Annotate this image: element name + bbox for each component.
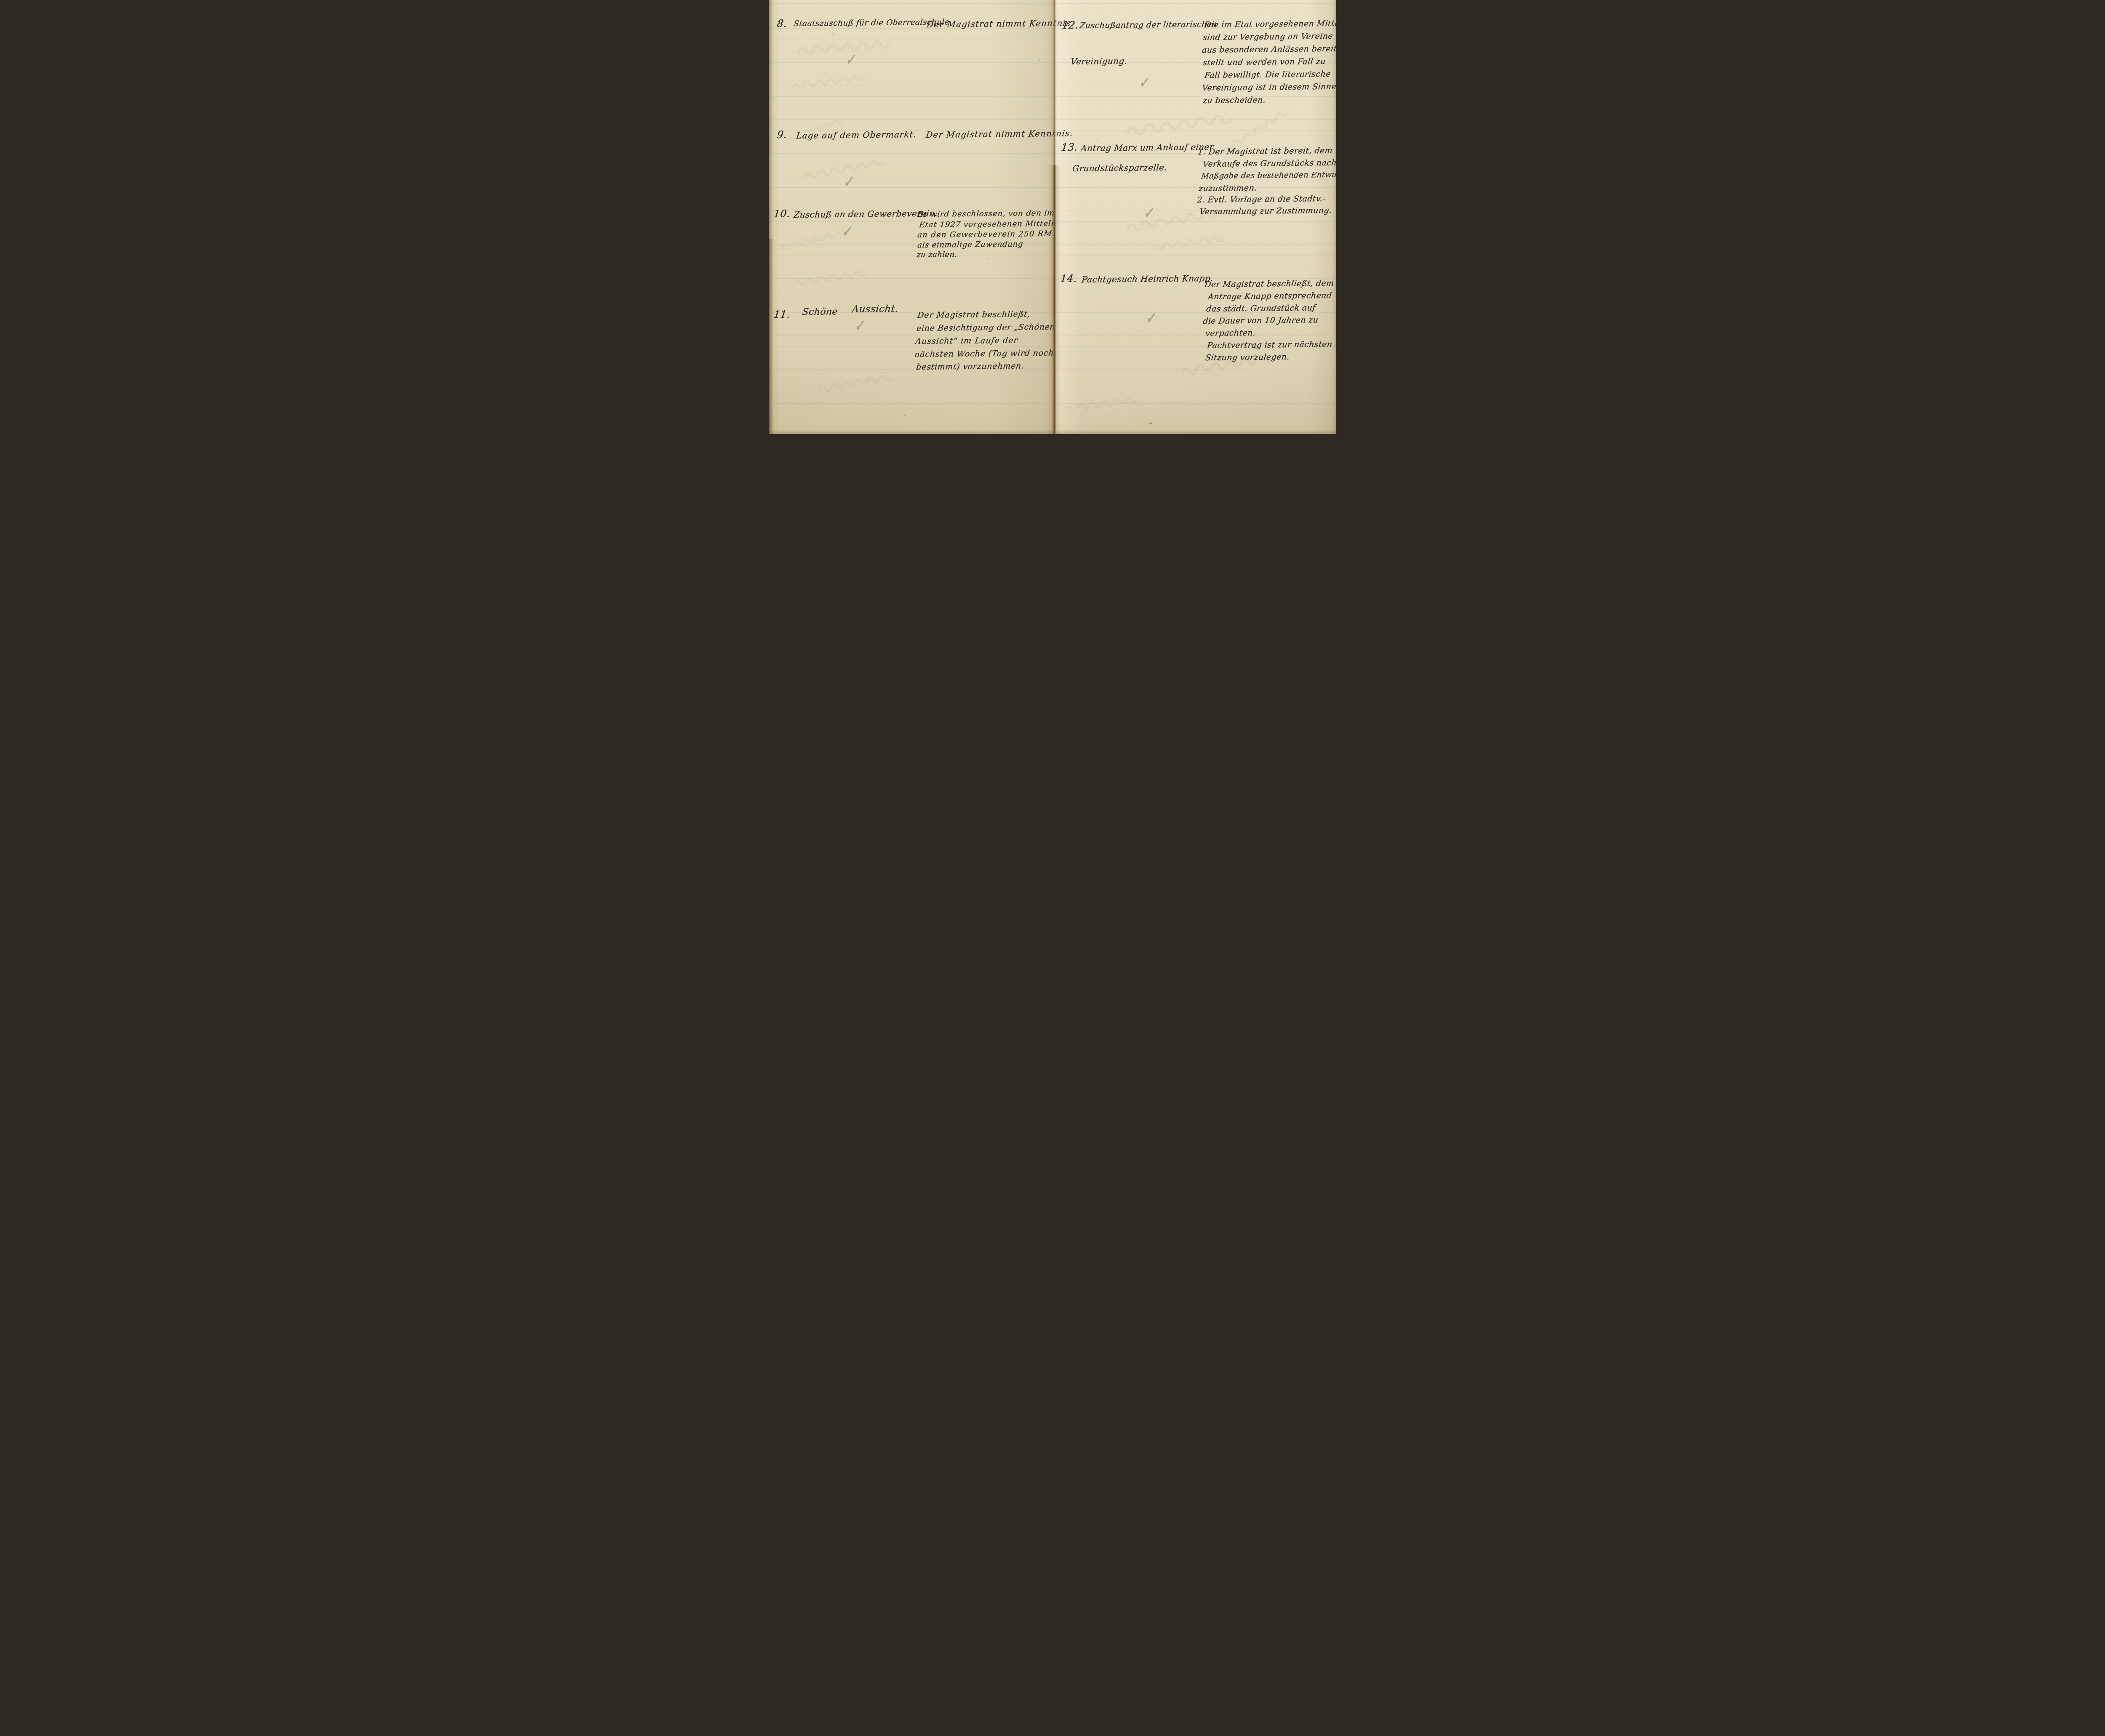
entry-resolution-line: Der Magistrat beschließt, dem xyxy=(1204,279,1335,289)
entry-topic-line: Schöne xyxy=(802,306,838,317)
entry-number: 9. xyxy=(776,129,788,141)
entry-resolution-line: Maßgabe des bestehenden Entwurfes xyxy=(1201,170,1336,181)
entry-number: 11. xyxy=(773,309,791,320)
entry-resolution-line: eine Besichtigung der „Schönen xyxy=(916,322,1056,333)
entry-resolution-line: Die im Etat vorgesehenen Mittel xyxy=(1204,19,1336,29)
entry-resolution-line: zu bescheiden. xyxy=(1202,95,1266,105)
entry-number: 14. xyxy=(1060,273,1078,285)
entry-resolution-line: Versammlung zur Zustimmung. xyxy=(1199,206,1332,216)
entry-resolution-line: Vereinigung ist in diesem Sinne xyxy=(1202,82,1336,93)
entry-resolution-line: Verkaufe des Grundstücks nach xyxy=(1202,158,1336,169)
entry-resolution-line: Der Magistrat nimmt Kenntnis. xyxy=(925,128,1074,140)
entry-topic-line: Antrag Marx um Ankauf einer xyxy=(1080,142,1214,153)
entry-resolution-line: 2. Evtl. Vorlage an die Stadtv.- xyxy=(1196,194,1326,205)
entry-resolution-line: nächsten Woche (Tag wird noch xyxy=(914,349,1055,359)
document-scan: 8. Staatszuschuß für die Oberrealschule.… xyxy=(769,0,1336,434)
entry-resolution-line: Sitzung vorzulegen. xyxy=(1205,352,1290,362)
entry-resolution-line: Antrage Knapp entsprechend xyxy=(1207,291,1332,301)
entry-topic-line: Aussicht. xyxy=(851,304,899,315)
entry-resolution-line: Es wird beschlossen, von den im xyxy=(917,209,1055,219)
entry-resolution-line: Aussicht“ im Laufe der xyxy=(915,335,1018,346)
entry-resolution-line: zu zahlen. xyxy=(916,250,958,259)
entry-resolution-line: 1. Der Magistrat ist bereit, dem xyxy=(1197,146,1333,157)
entry-resolution-line: bestimmt) vorzunehmen. xyxy=(916,361,1025,372)
entry-resolution-line: Der Magistrat beschließt, xyxy=(917,309,1031,320)
entry-topic-line: Grundstücksparzelle. xyxy=(1072,162,1167,173)
entry-topic-line: Pachtgesuch Heinrich Knapp. xyxy=(1081,273,1214,285)
entry-number: 12. xyxy=(1061,19,1079,31)
entry-resolution-line: stellt und werden von Fall zu xyxy=(1202,57,1326,67)
entry-resolution-line: Pachtvertrag ist zur nächsten xyxy=(1207,340,1333,350)
entry-resolution-line: Der Magistrat nimmt Kenntnis. xyxy=(926,18,1074,29)
entry-number: 13. xyxy=(1060,141,1079,153)
entry-resolution-line: Etat 1927 vorgesehenen Mitteln xyxy=(919,219,1057,229)
entry-number: 8. xyxy=(776,18,788,29)
entry-topic-line: Vereinigung. xyxy=(1070,56,1128,67)
entry-resolution-line: das städt. Grundstück auf xyxy=(1206,303,1316,314)
entry-topic-line: Zuschußantrag der literarischen xyxy=(1079,20,1218,30)
entry-resolution-line: an den Gewerbeverein 250 RM xyxy=(917,229,1052,240)
entry-resolution-line: Fall bewilligt. Die literarische xyxy=(1204,69,1331,80)
entry-topic-line: Zuschuß an den Gewerbeverein. xyxy=(793,208,938,220)
entry-resolution-line: verpachten. xyxy=(1205,328,1256,338)
entry-resolution-line: aus besonderen Anlässen bereitge- xyxy=(1202,44,1336,55)
entry-topic-line: Lage auf dem Obermarkt. xyxy=(796,129,917,141)
entry-resolution-line: als einmalige Zuwendung xyxy=(917,240,1023,250)
entry-resolution-line: sind zur Vergebung an Vereine xyxy=(1202,32,1333,42)
entry-resolution-line: zuzustimmen. xyxy=(1198,184,1258,193)
entry-number: 10. xyxy=(773,208,791,220)
entry-resolution-line: die Dauer von 10 Jahren zu xyxy=(1202,315,1319,326)
